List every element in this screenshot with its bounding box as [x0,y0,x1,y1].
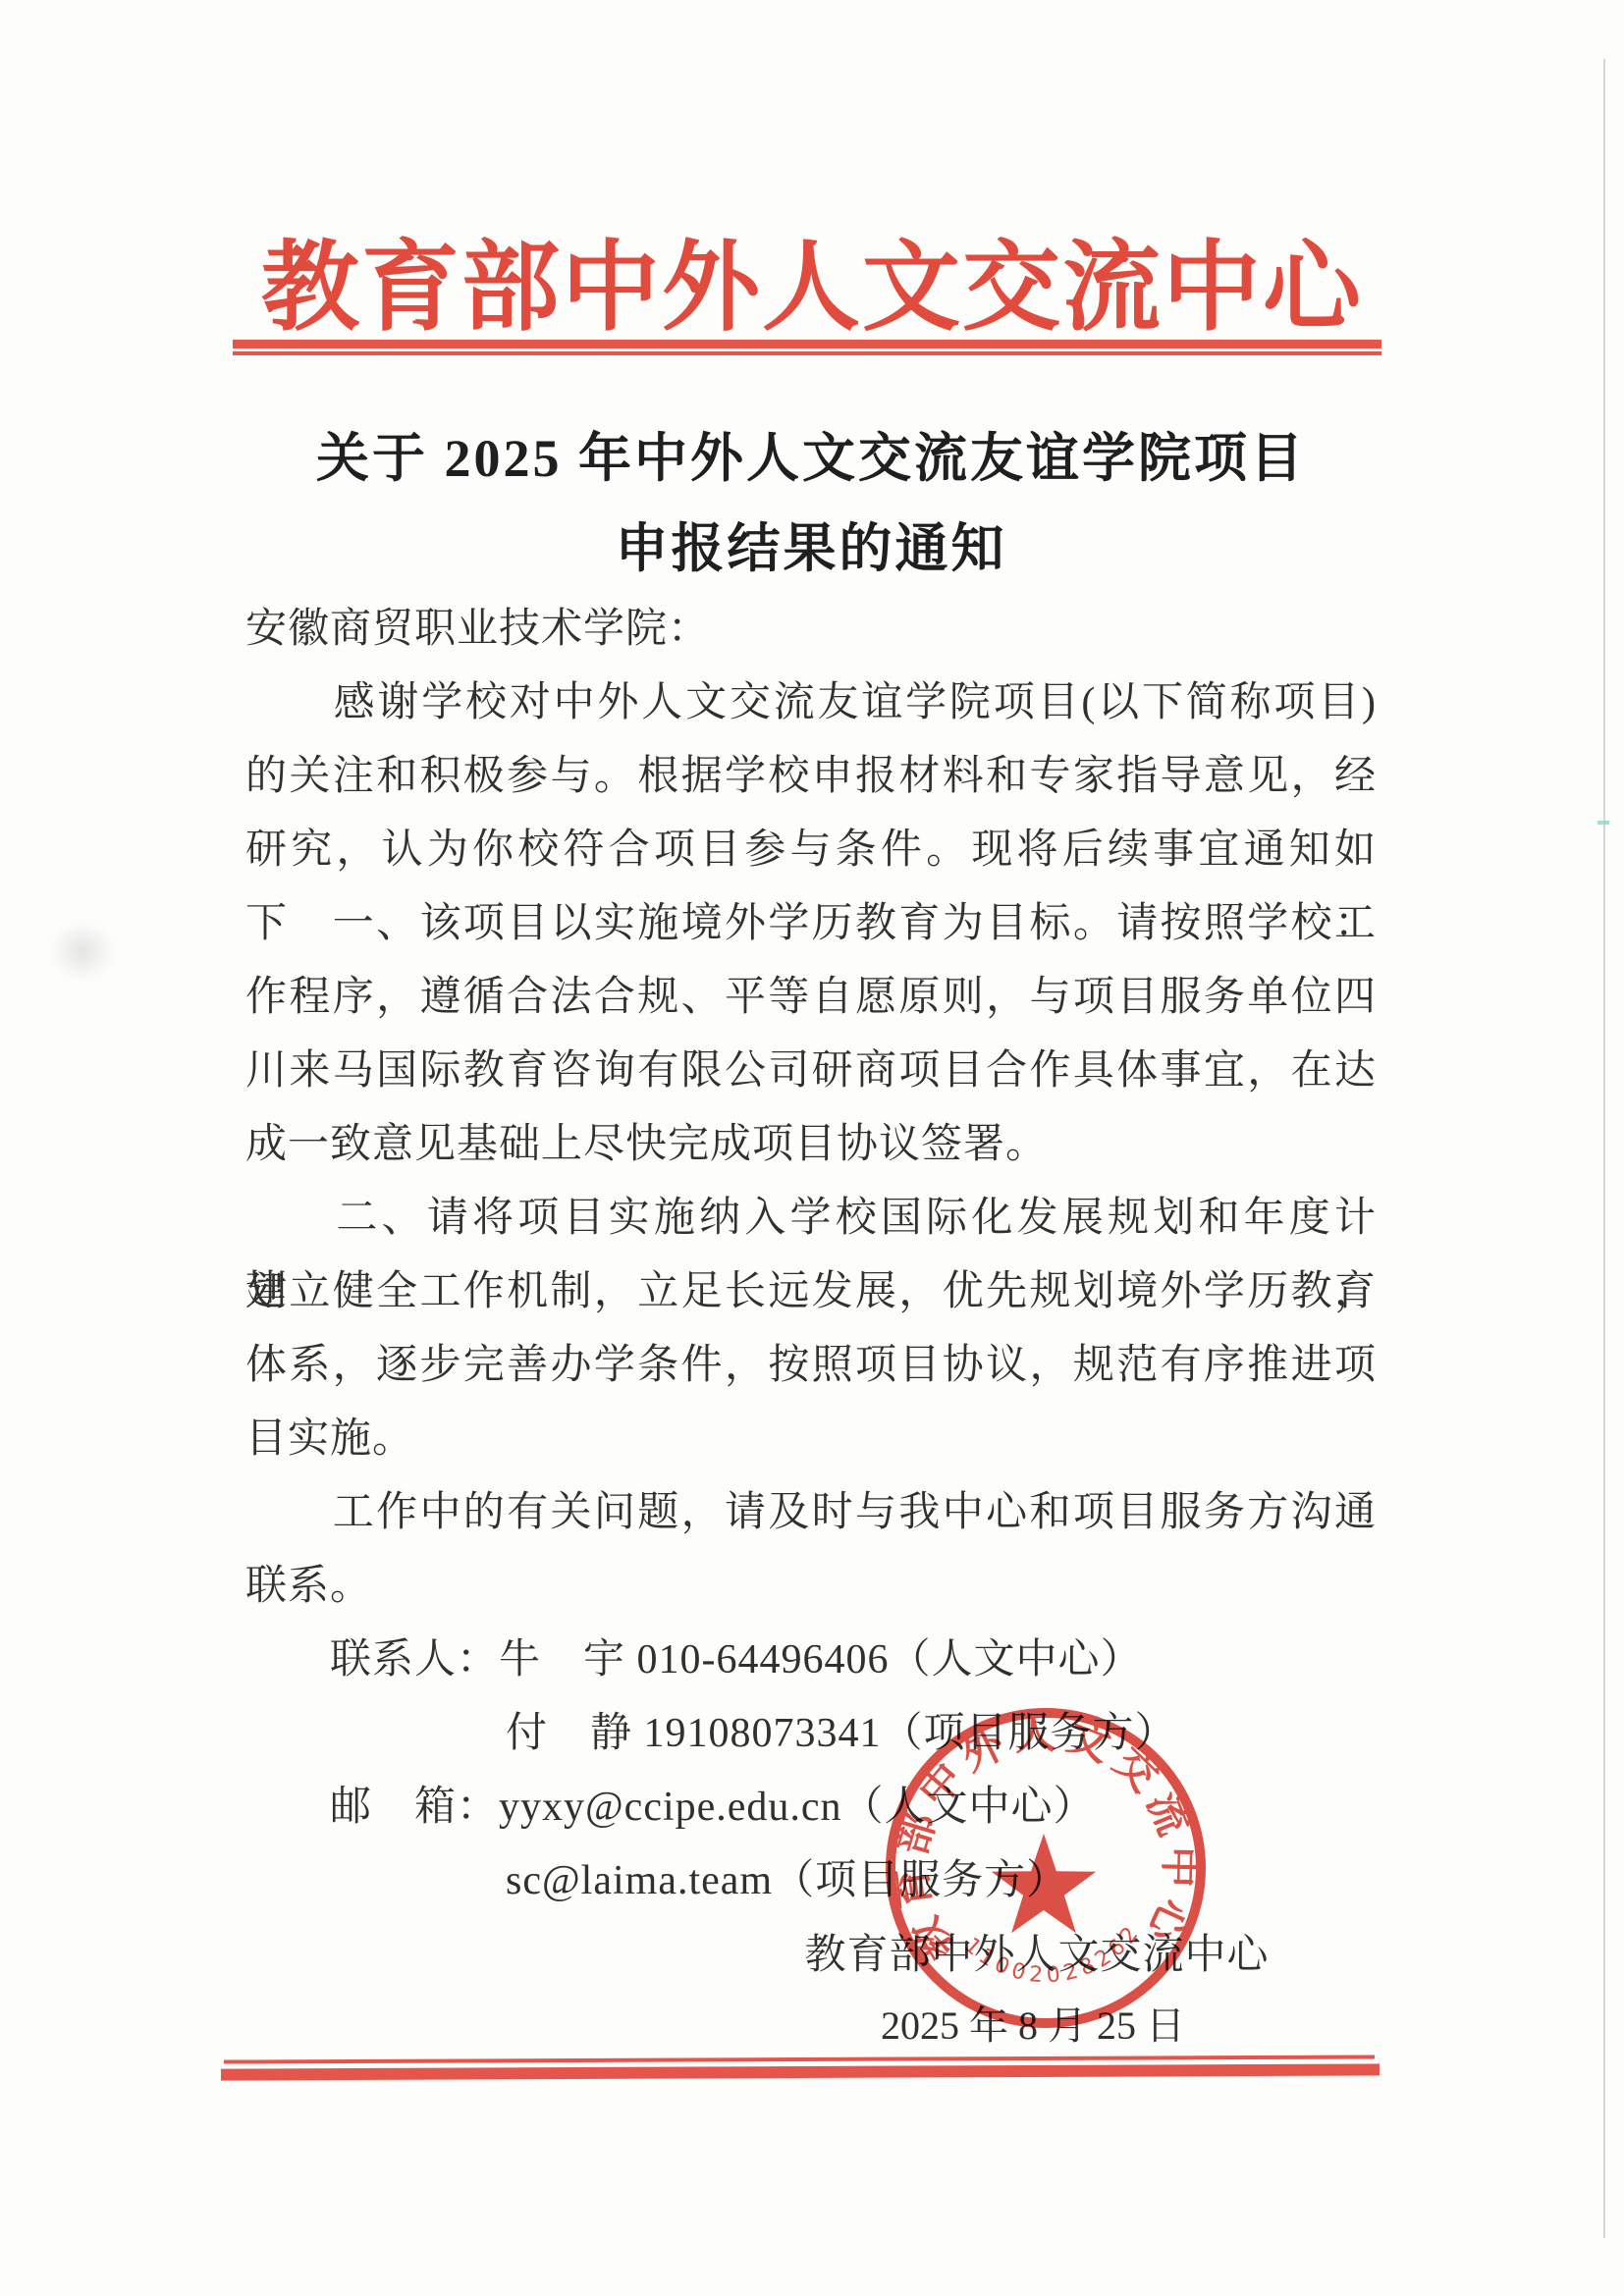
body-line: 目实施。 [245,1403,1377,1476]
doc-title-line-2: 申报结果的通知 [245,507,1377,582]
scan-smudge-artifact [49,921,116,982]
body-line: 工作中的有关问题，请及时与我中心和项目服务方沟通 [245,1476,1377,1550]
scan-edge-artifact [1603,59,1605,2238]
letterhead-org-name: 教育部中外人文交流中心 [0,208,1624,349]
body-line: 的关注和积极参与。根据学校申报材料和专家指导意见，经 [245,740,1377,814]
footer-rule-thin [224,2055,1375,2063]
body-line: 研究，认为你校符合项目参与条件。现将后续事宜通知如下： [245,814,1377,887]
scan-cyan-artifact [1597,821,1609,825]
letterhead-rules [233,340,1381,355]
official-seal: 教育部中外人文交流中心 110020282620 [864,1686,1227,2050]
doc-title-line-1: 关于 2025 年中外人文交流友谊学院项目 [245,416,1377,492]
body-line: 作程序，遵循合法合规、平等自愿原则，与项目服务单位四 [245,961,1377,1035]
body-line: 感谢学校对中外人文交流友谊学院项目(以下简称项目) [245,667,1377,740]
body-line: 联系。 [245,1550,1377,1624]
letterhead-rule-thin [233,351,1381,355]
official-notice-document: 教育部中外人文交流中心 关于 2025 年中外人文交流友谊学院项目 申报结果的通… [0,0,1624,2296]
body-line: 成一致意见基础上尽快完成项目协议签署。 [245,1108,1377,1182]
footer-rules [221,2055,1380,2080]
body-line: 一、该项目以实施境外学历教育为目标。请按照学校工 [245,887,1377,961]
body-line: 二、请将项目实施纳入学校国际化发展规划和年度计划， [245,1182,1377,1255]
body-line: 建立健全工作机制，立足长远发展，优先规划境外学历教育 [245,1255,1377,1329]
body-line: 体系，逐步完善办学条件，按照项目协议，规范有序推进项 [245,1329,1377,1403]
footer-rule-thick [221,2063,1380,2080]
seal-star-icon [992,1834,1097,1933]
letterhead-rule-thick [233,340,1381,348]
body-line: 川来马国际教育咨询有限公司研商项目合作具体事宜，在达 [245,1035,1377,1108]
body-line-salutation: 安徽商贸职业技术学院： [245,593,1377,667]
